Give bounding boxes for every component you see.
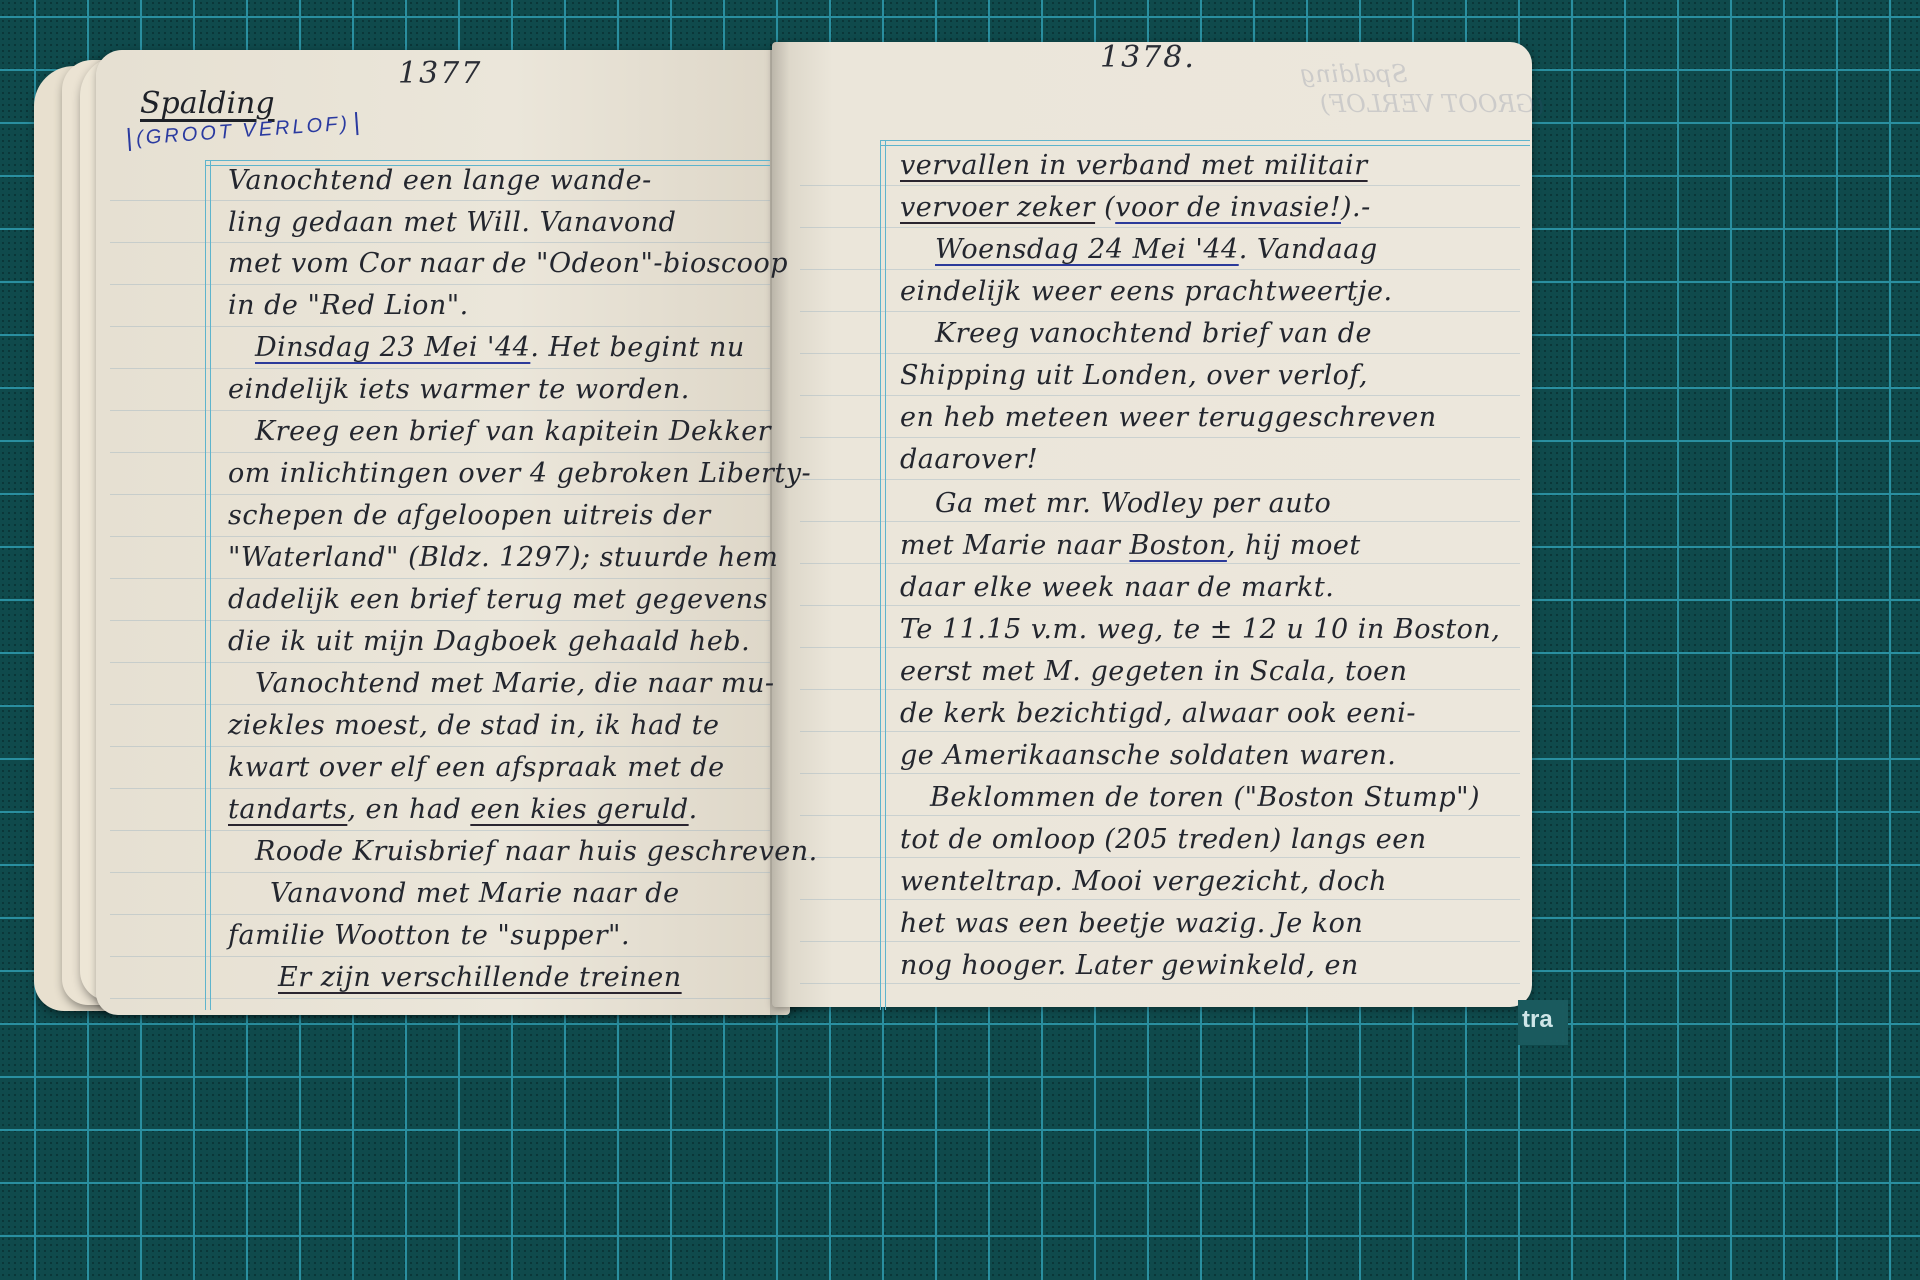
- diary-line: ziekles moest, de stad in, ik had te: [228, 710, 719, 741]
- diary-line-tail: .: [689, 794, 698, 825]
- diary-line: Beklommen de toren ("Boston Stump"): [930, 782, 1480, 813]
- diary-line: de kerk bezichtigd, alwaar ook eeni-: [900, 698, 1416, 729]
- diary-line-head: met Marie naar: [900, 530, 1129, 561]
- left-page-margin-rule-left: [205, 160, 211, 1010]
- underlined-phrase: een kies geruld: [470, 794, 688, 825]
- underlined-phrase: voor de invasie!: [1115, 192, 1341, 223]
- ruled-line: [800, 437, 1520, 438]
- diary-line: dadelijk een brief terug met gegevens: [228, 584, 768, 615]
- diary-line: Vanochtend met Marie, die naar mu-: [255, 668, 774, 699]
- page-number-left: 1377: [398, 56, 482, 91]
- diary-line: en heb meteen weer teruggeschreven: [900, 402, 1437, 433]
- diary-line: eerst met M. gegeten in Scala, toen: [900, 656, 1408, 687]
- diary-line: met Marie naar Boston, hij moet: [900, 530, 1361, 561]
- ruled-line: [800, 353, 1520, 354]
- diary-line-tail: ).-: [1341, 192, 1371, 223]
- underlined-place: Boston: [1129, 530, 1226, 561]
- diary-line: in de "Red Lion".: [228, 290, 469, 321]
- diary-line: Vanavond met Marie naar de: [270, 878, 680, 909]
- diary-line-underlined: vervoer zeker (voor de invasie!).-: [900, 192, 1371, 223]
- diary-line-underlined: vervallen in verband met militair: [900, 150, 1368, 181]
- diary-line: eindelijk iets warmer te worden.: [228, 374, 690, 405]
- underlined-word: tandarts: [228, 794, 347, 825]
- ruled-line: [800, 521, 1520, 522]
- right-page-margin-rule-left: [880, 140, 886, 1010]
- right-page-margin-rule-top: [880, 140, 1530, 146]
- location-heading: Spalding: [140, 86, 275, 121]
- diary-line: het was een beetje wazig. Je kon: [900, 908, 1363, 939]
- diary-line: familie Wootton te "supper".: [228, 920, 630, 951]
- bleed-through-text: (GROOT VERLOF): [1320, 90, 1544, 118]
- ruled-line: [800, 689, 1520, 690]
- diary-line: met vom Cor naar de "Odeon"-bioscoop: [228, 248, 788, 279]
- diary-line: die ik uit mijn Dagboek gehaald heb.: [228, 626, 750, 657]
- diary-line: kwart over elf een afspraak met de: [228, 752, 725, 783]
- diary-entry-date-line: Dinsdag 23 Mei '44. Het begint nu: [255, 332, 745, 363]
- diary-line-tail: . Vandaag: [1239, 234, 1378, 265]
- diary-line: "Waterland" (Bldz. 1297); stuurde hem: [228, 542, 778, 573]
- entry-date: Dinsdag 23 Mei '44: [255, 332, 530, 363]
- book-gutter: [770, 40, 798, 1015]
- diary-line: eindelijk weer eens prachtweertje.: [900, 276, 1393, 307]
- diary-line: schepen de afgeloopen uitreis der: [228, 500, 711, 531]
- diary-line: Kreeg vanochtend brief van de: [935, 318, 1372, 349]
- ruled-line: [800, 773, 1520, 774]
- ruled-line: [800, 185, 1520, 186]
- diary-line: Vanochtend een lange wande-: [228, 165, 652, 196]
- ruled-line: [800, 605, 1520, 606]
- ruled-line: [800, 479, 1520, 480]
- ruled-line: [800, 983, 1520, 984]
- ruled-line: [800, 563, 1520, 564]
- underlined-phrase: vervoer zeker: [900, 192, 1095, 223]
- ruled-line: [800, 269, 1520, 270]
- diary-line: om inlichtingen over 4 gebroken Liberty-: [228, 458, 811, 489]
- diary-line: ling gedaan met Will. Vanavond: [228, 207, 676, 238]
- ruled-line: [800, 815, 1520, 816]
- diary-line: ge Amerikaansche soldaten waren.: [900, 740, 1396, 771]
- diary-line: nog hooger. Later gewinkeld, en: [900, 950, 1359, 981]
- diary-line: daar elke week naar de markt.: [900, 572, 1334, 603]
- ruled-line: [800, 395, 1520, 396]
- bleed-through-text: Spalding: [1300, 60, 1408, 88]
- ruled-line: [800, 647, 1520, 648]
- diary-line: Shipping uit Londen, over verlof,: [900, 360, 1368, 391]
- entry-date: Woensdag 24 Mei '44: [935, 234, 1239, 265]
- diary-line-tail: . Het begint nu: [530, 332, 744, 363]
- diary-line: Ga met mr. Wodley per auto: [935, 488, 1331, 519]
- diary-line: Roode Kruisbrief naar huis geschreven.: [255, 836, 818, 867]
- ruled-line: [800, 899, 1520, 900]
- diary-line: Te 11.15 v.m. weg, te ± 12 u 10 in Bosto…: [900, 614, 1500, 645]
- ruled-line: [800, 731, 1520, 732]
- ruled-line: [800, 941, 1520, 942]
- diary-line-underlined: Er zijn verschillende treinen: [278, 962, 682, 993]
- diary-line: Kreeg een brief van kapitein Dekker: [255, 416, 771, 447]
- diary-line-underlined: tandarts, en had een kies geruld.: [228, 794, 698, 825]
- ruled-line: [800, 857, 1520, 858]
- diary-line: tot de omloop (205 treden) langs een: [900, 824, 1427, 855]
- page-number-right: 1378.: [1100, 40, 1196, 75]
- right-page: [772, 42, 1532, 1007]
- ruled-line: [800, 311, 1520, 312]
- diary-line: daarover!: [900, 444, 1038, 475]
- watermark-logo: tra: [1518, 1000, 1568, 1045]
- diary-line-mid: (: [1095, 192, 1115, 223]
- diary-line: wenteltrap. Mooi vergezicht, doch: [900, 866, 1387, 897]
- ruled-line: [800, 227, 1520, 228]
- diary-line-tail: , hij moet: [1227, 530, 1361, 561]
- diary-line-mid: , en had: [347, 794, 470, 825]
- diary-entry-date-line: Woensdag 24 Mei '44. Vandaag: [935, 234, 1378, 265]
